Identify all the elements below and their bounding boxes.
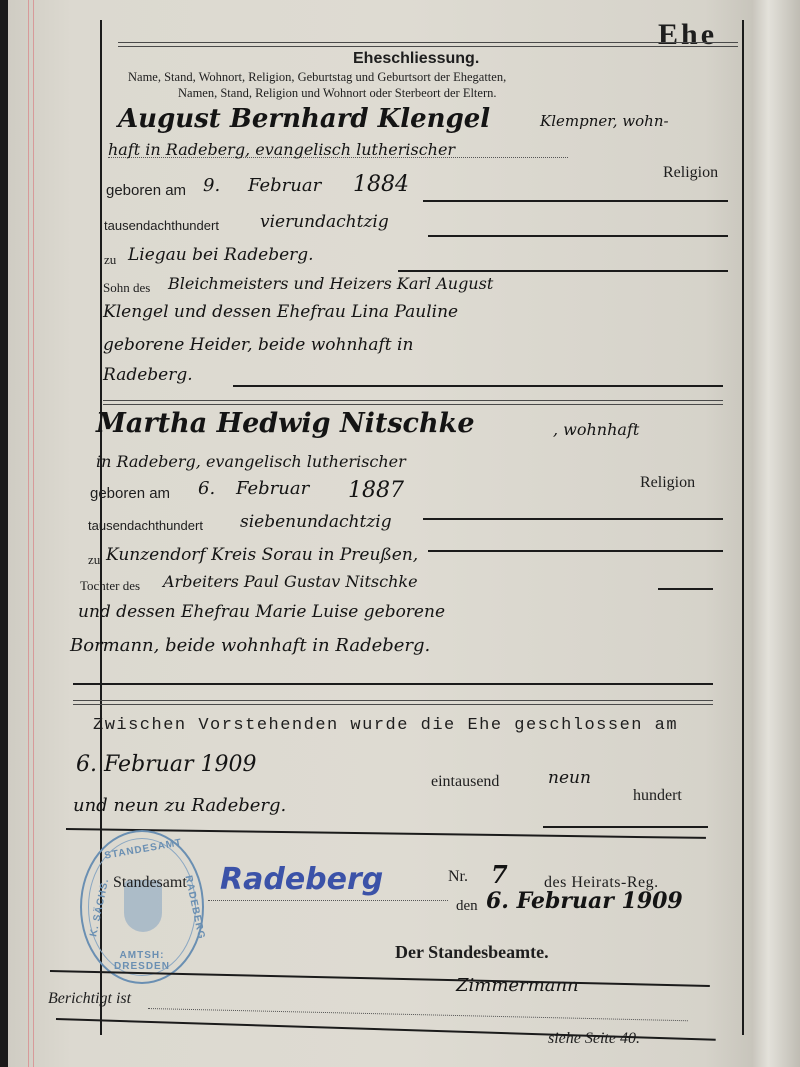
divider xyxy=(398,270,728,272)
groom-parents: Radeberg. xyxy=(103,365,193,385)
divider xyxy=(118,46,738,47)
groom-residence: haft in Radeberg, evangelisch lutherisch… xyxy=(108,140,455,159)
place-label: zu xyxy=(88,552,100,568)
register-number: 7 xyxy=(491,860,508,889)
margin-line xyxy=(33,0,34,1067)
divider xyxy=(103,400,723,401)
groom-birth-place: Liegau bei Radeberg. xyxy=(128,245,314,265)
century-label: tausendachthundert xyxy=(88,518,203,533)
groom-parents: Bleichmeisters und Heizers Karl August xyxy=(168,274,493,293)
bride-birth-year: 1887 xyxy=(348,478,404,503)
form-title: Eheschliessung. xyxy=(353,50,479,68)
bride-birth-month: Februar xyxy=(236,478,309,499)
bride-birth-day: 6. xyxy=(198,478,215,499)
millennium-label: eintausend xyxy=(431,773,499,791)
born-label: geboren am xyxy=(106,182,186,199)
divider xyxy=(658,588,713,590)
bride-year-words: siebenundachtzig xyxy=(240,512,392,532)
form-subtitle: Name, Stand, Wohnort, Religion, Geburtst… xyxy=(128,70,506,85)
office-name-stamp: Radeberg xyxy=(220,862,383,897)
groom-name: August Bernhard Klengel xyxy=(118,104,490,134)
marriage-date: 6. Februar 1909 xyxy=(76,752,256,777)
divider xyxy=(73,683,713,685)
groom-birth-year: 1884 xyxy=(353,172,409,197)
bride-parents: und dessen Ehefrau Marie Luise geborene xyxy=(78,602,445,622)
groom-birth-day: 9. xyxy=(203,175,220,196)
marriage-intro: Zwischen Vorstehenden wurde die Ehe gesc… xyxy=(93,716,678,735)
divider xyxy=(103,404,723,405)
divider xyxy=(543,826,708,828)
divider xyxy=(73,700,713,701)
official-label: Der Standesbeamte. xyxy=(395,942,549,963)
groom-occupation: Klempner, wohn- xyxy=(540,112,669,130)
divider xyxy=(233,385,723,387)
religion-label: Religion xyxy=(640,474,695,492)
fill-line xyxy=(208,900,448,901)
divider xyxy=(423,200,728,202)
date-label: den xyxy=(456,898,478,915)
marriage-hundreds: neun xyxy=(548,768,591,788)
office-label: Standesamt xyxy=(113,874,187,892)
groom-year-words: vierundachtzig xyxy=(260,212,389,232)
divider xyxy=(428,235,728,237)
divider xyxy=(73,704,713,705)
groom-parents: Klengel und dessen Ehefrau Lina Pauline xyxy=(103,302,458,322)
nr-label: Nr. xyxy=(448,868,468,886)
parent-label: Sohn des xyxy=(103,280,150,296)
registration-date: 6. Februar 1909 xyxy=(486,888,683,914)
parent-label: Tochter des xyxy=(80,578,140,594)
bride-birth-place: Kunzendorf Kreis Sorau in Preußen, xyxy=(106,545,418,565)
corrected-label: Berichtigt ist xyxy=(48,990,131,1008)
official-signature: Zimmermann xyxy=(456,975,579,996)
religion-label: Religion xyxy=(663,164,718,182)
groom-birth-month: Februar xyxy=(248,175,321,196)
divider xyxy=(428,550,723,552)
bride-occupation: , wohnhaft xyxy=(553,420,639,439)
margin-line xyxy=(28,0,29,1067)
divider xyxy=(423,518,723,520)
official-seal: STANDESAMT K. SÄCHS. RADEBERG AMTSH: DRE… xyxy=(80,830,204,984)
see-page-label: siehe Seite 40. xyxy=(548,1030,640,1048)
groom-parents: geborene Heider, beide wohnhaft in xyxy=(103,335,413,355)
bride-parents: Bormann, beide wohnhaft in Radeberg. xyxy=(70,635,430,656)
place-label: zu xyxy=(104,252,116,268)
century-label: tausendachthundert xyxy=(104,218,219,233)
born-label: geboren am xyxy=(90,485,170,502)
form-subtitle: Namen, Stand, Religion und Wohnort oder … xyxy=(178,86,497,101)
bride-residence: in Radeberg, evangelisch lutherischer xyxy=(96,452,406,471)
register-page: Ehe Eheschliessung. Name, Stand, Wohnort… xyxy=(8,0,800,1067)
divider xyxy=(118,42,738,43)
marriage-place: und neun zu Radeberg. xyxy=(73,795,286,816)
bride-parents: Arbeiters Paul Gustav Nitschke xyxy=(163,572,418,591)
hundred-label: hundert xyxy=(633,787,682,805)
bride-name: Martha Hedwig Nitschke xyxy=(96,408,475,439)
